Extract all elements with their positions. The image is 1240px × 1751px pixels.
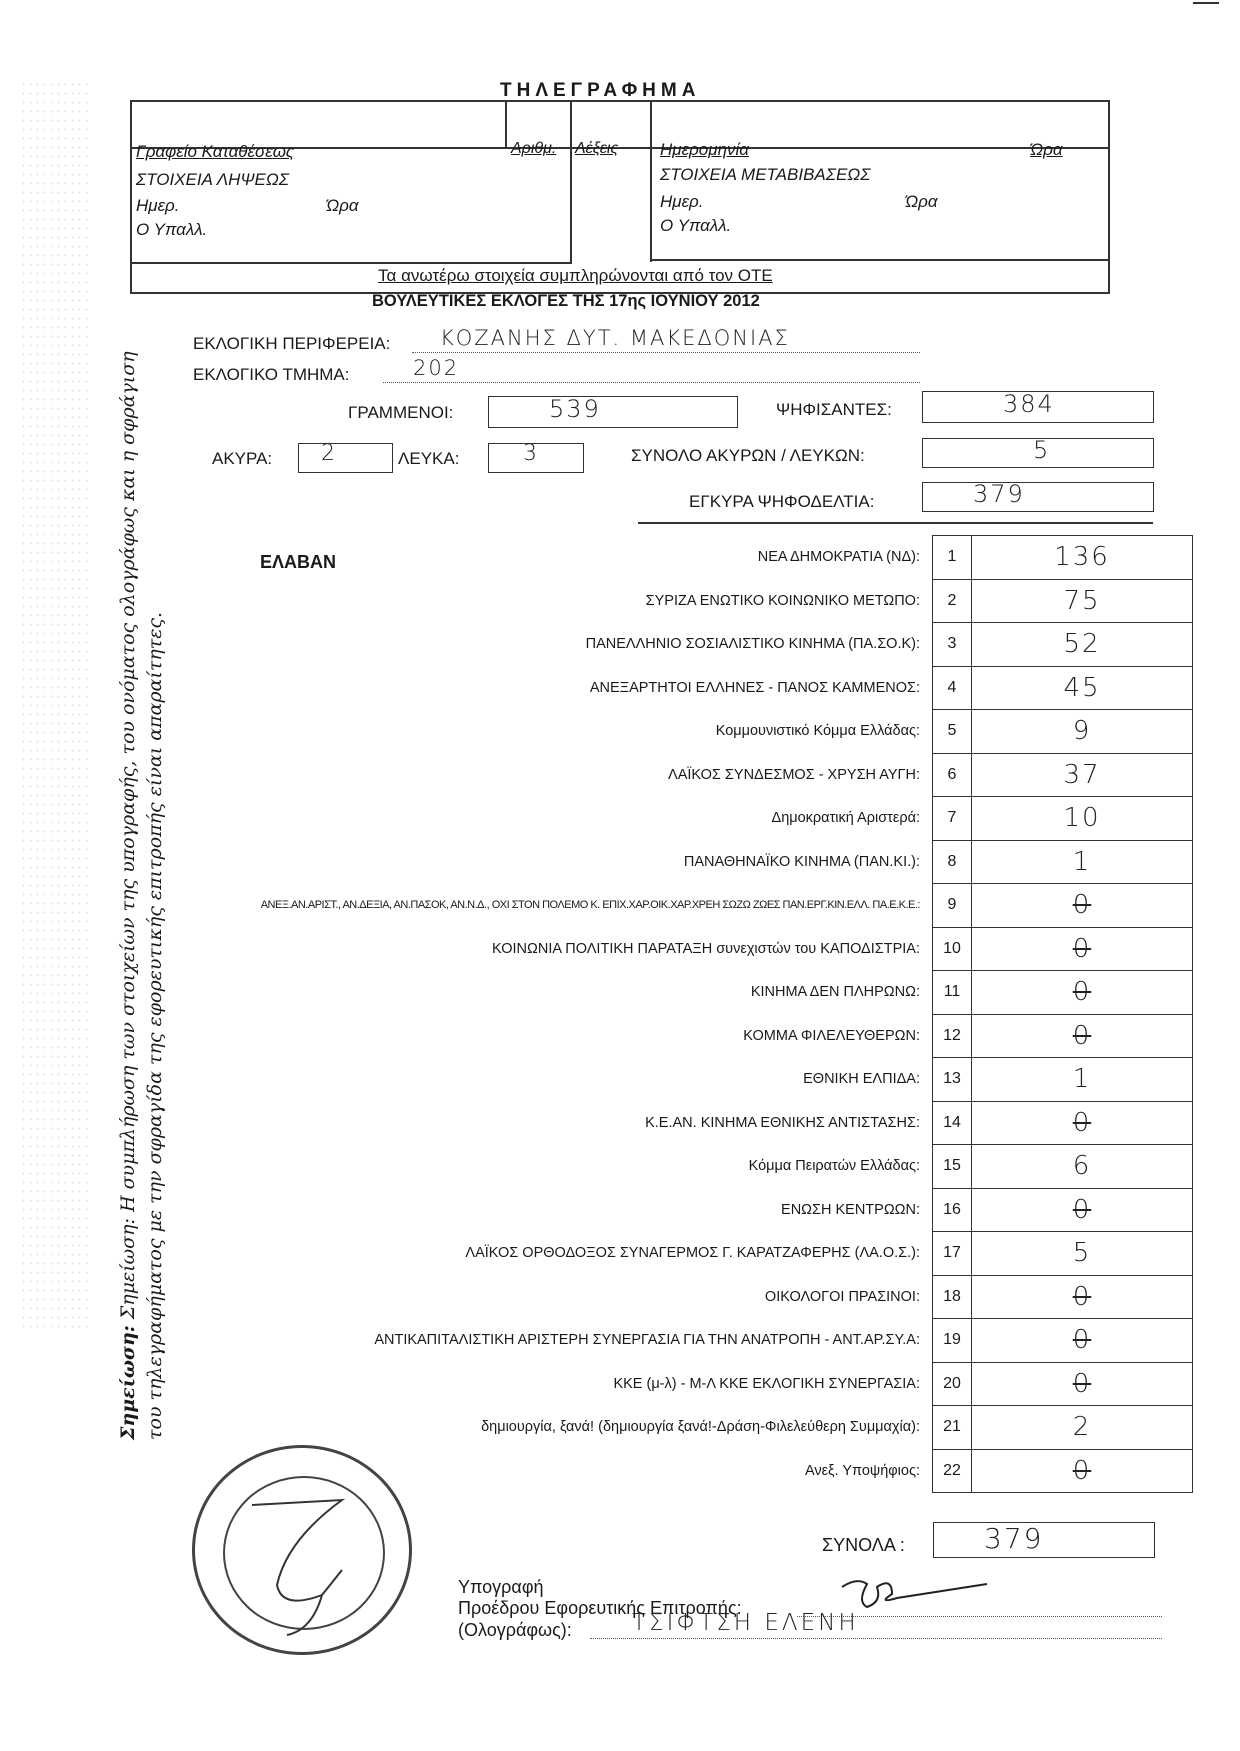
table-row: ΚΙΝΗΜΑ ΔΕΝ ΠΛΗΡΩΝΩ:110 — [240, 971, 1193, 1015]
party-votes-field[interactable]: 10 — [972, 797, 1193, 841]
party-number: 8 — [933, 840, 972, 884]
table-row: ΚΚΕ (μ-λ) - Μ-Λ ΚΚΕ ΕΚΛΟΓΙΚΗ ΣΥΝΕΡΓΑΣΙΑ:… — [240, 1362, 1193, 1406]
signature-scribble-icon — [837, 1572, 1007, 1612]
table-row: δημιουργία, ξανά! (δημιουργία ξανά!-Δράσ… — [240, 1406, 1193, 1450]
side-note-line2: του τηλεγραφήματος με την σφραγίδα της ε… — [142, 520, 169, 1440]
table-row: ΛΑΪΚΟΣ ΣΥΝΔΕΣΜΟΣ - ΧΡΥΣΗ ΑΥΓΗ:637 — [240, 753, 1193, 797]
table-row: Κόμμα Πειρατών Ελλάδας:156 — [240, 1145, 1193, 1189]
district-label: ΕΚΛΟΓΙΚΗ ΠΕΡΙΦΕΡΕΙΑ: — [193, 334, 390, 354]
party-number: 20 — [933, 1362, 972, 1406]
party-number: 1 — [933, 536, 972, 580]
table-row: ΠΑΝΑΘΗΝΑΪΚΟ ΚΙΝΗΜΑ (ΠΑΝ.ΚΙ.):81 — [240, 840, 1193, 884]
party-number: 9 — [933, 884, 972, 928]
party-votes-field[interactable]: 1 — [972, 840, 1193, 884]
table-row: ΑΝΕΞΑΡΤΗΤΟΙ ΕΛΛΗΝΕΣ - ΠΑΝΟΣ ΚΑΜΜΕΝΟΣ:445 — [240, 666, 1193, 710]
party-votes-field[interactable]: 5 — [972, 1232, 1193, 1276]
party-number: 13 — [933, 1058, 972, 1102]
section-label: ΕΚΛΟΓΙΚΟ ΤΜΗΜΑ: — [193, 365, 350, 385]
party-votes-field[interactable]: 0 — [972, 1449, 1193, 1493]
party-results-table: ΝΕΑ ΔΗΜΟΚΡΑΤΙΑ (ΝΔ):1136ΣΥΡΙΖΑ ΕΝΩΤΙΚΟ Κ… — [240, 535, 1193, 1493]
time-label: Ώρα — [1030, 140, 1063, 160]
table-row: ΛΑΪΚΟΣ ΟΡΘΟΔΟΞΟΣ ΣΥΝΑΓΕΡΜΟΣ Γ. ΚΑΡΑΤΖΑΦΕ… — [240, 1232, 1193, 1276]
scan-noise — [20, 80, 90, 1330]
party-number: 7 — [933, 797, 972, 841]
reception-time-label: Ώρα — [326, 196, 359, 216]
party-number: 6 — [933, 753, 972, 797]
invalid-field[interactable]: 2 — [298, 443, 393, 473]
valid-value: 379 — [973, 480, 1025, 508]
scan-mark — [1193, 2, 1219, 4]
date-label: Ημερομηνία — [660, 140, 749, 160]
district-field[interactable]: ΚΟΖΑΝΗΣ ΔΥΤ. ΜΑΚΕΔΟΝΙΑΣ — [412, 332, 920, 353]
party-name: ΕΝΩΣΗ ΚΕΝΤΡΩΩΝ: — [240, 1188, 933, 1232]
party-name: ΚΙΝΗΜΑ ΔΕΝ ΠΛΗΡΩΝΩ: — [240, 971, 933, 1015]
section-value: 202 — [413, 356, 459, 380]
party-number: 2 — [933, 579, 972, 623]
party-votes-field[interactable]: 75 — [972, 579, 1193, 623]
reception-title: ΣΤΟΙΧΕΙΑ ΛΗΨΕΩΣ — [136, 170, 289, 190]
party-votes-field[interactable]: 0 — [972, 1275, 1193, 1319]
party-votes-field[interactable]: 0 — [972, 1101, 1193, 1145]
party-name: ΝΕΑ ΔΗΜΟΚΡΑΤΙΑ (ΝΔ): — [240, 536, 933, 580]
party-number: 11 — [933, 971, 972, 1015]
voted-label: ΨΗΦΙΣΑΝΤΕΣ: — [776, 400, 892, 420]
fullname-field[interactable]: ΤΣΙΦΤΣΗ ΕΛΕΝΗ — [590, 1622, 1162, 1639]
side-note-line1: Σημείωση: Η συμπλήρωση των στοιχείων της… — [117, 351, 139, 1319]
party-number: 19 — [933, 1319, 972, 1363]
party-votes-field[interactable]: 0 — [972, 1319, 1193, 1363]
voted-field[interactable]: 384 — [922, 391, 1154, 423]
transmission-clerk-label: Ο Υπαλλ. — [660, 216, 731, 236]
table-row: ΚΟΜΜΑ ΦΙΛΕΛΕΥΘΕΡΩΝ:120 — [240, 1014, 1193, 1058]
party-votes-field[interactable]: 52 — [972, 623, 1193, 667]
table-row: ΕΝΩΣΗ ΚΕΝΤΡΩΩΝ:160 — [240, 1188, 1193, 1232]
blank-label: ΛΕΥΚΑ: — [398, 449, 459, 469]
party-votes-field[interactable]: 1 — [972, 1058, 1193, 1102]
side-note: Σημείωση: Σημείωση: Η συμπλήρωση των στο… — [115, 520, 169, 1440]
party-name: ΑΝΤΙΚΑΠΙΤΑΛΙΣΤΙΚΗ ΑΡΙΣΤΕΡΗ ΣΥΝΕΡΓΑΣΙΑ ΓΙ… — [240, 1319, 933, 1363]
table-row: Κομμουνιστικό Κόμμα Ελλάδας:59 — [240, 710, 1193, 754]
office-label: Γραφείο Καταθέσεως — [136, 142, 294, 162]
party-name: ΠΑΝΑΘΗΝΑΪΚΟ ΚΙΝΗΜΑ (ΠΑΝ.ΚΙ.): — [240, 840, 933, 884]
party-number: 16 — [933, 1188, 972, 1232]
party-name: Κόμμα Πειρατών Ελλάδας: — [240, 1145, 933, 1189]
table-row: ΣΥΡΙΖΑ ΕΝΩΤΙΚΟ ΚΟΙΝΩΝΙΚΟ ΜΕΤΩΠΟ:275 — [240, 579, 1193, 623]
party-name: ΑΝΕΞΑΡΤΗΤΟΙ ΕΛΛΗΝΕΣ - ΠΑΝΟΣ ΚΑΜΜΕΝΟΣ: — [240, 666, 933, 710]
signature-line1: Υπογραφή — [458, 1577, 544, 1598]
table-row: ΝΕΑ ΔΗΜΟΚΡΑΤΙΑ (ΝΔ):1136 — [240, 536, 1193, 580]
party-votes-field[interactable]: 0 — [972, 884, 1193, 928]
valid-field[interactable]: 379 — [922, 482, 1154, 512]
invalid-blank-total-label: ΣΥΝΟΛΟ ΑΚΥΡΩΝ / ΛΕΥΚΩΝ: — [631, 446, 865, 466]
divider — [505, 100, 507, 148]
party-name: δημιουργία, ξανά! (δημιουργία ξανά!-Δράσ… — [240, 1406, 933, 1450]
committee-stamp — [192, 1445, 412, 1655]
party-name: Δημοκρατική Αριστερά: — [240, 797, 933, 841]
party-name: ΠΑΝΕΛΛΗΝΙΟ ΣΟΣΙΑΛΙΣΤΙΚΟ ΚΙΝΗΜΑ (ΠΑ.ΣΟ.Κ)… — [240, 623, 933, 667]
party-name: ΑΝΕΞ.ΑΝ.ΑΡΙΣΤ., ΑΝ.ΔΕΞΙΑ, ΑΝ.ΠΑΣΟΚ, ΑΝ.Ν… — [240, 884, 933, 928]
number-label: Αριθμ. — [511, 140, 556, 158]
reception-date-label: Ημερ. — [136, 196, 180, 216]
party-number: 18 — [933, 1275, 972, 1319]
table-row: ΕΘΝΙΚΗ ΕΛΠΙΔΑ:131 — [240, 1058, 1193, 1102]
party-number: 4 — [933, 666, 972, 710]
party-name: ΛΑΪΚΟΣ ΟΡΘΟΔΟΞΟΣ ΣΥΝΑΓΕΡΜΟΣ Γ. ΚΑΡΑΤΖΑΦΕ… — [240, 1232, 933, 1276]
registered-field[interactable]: 539 — [488, 396, 738, 428]
party-votes-field[interactable]: 2 — [972, 1406, 1193, 1450]
stamp-signature-icon — [192, 1445, 412, 1655]
party-number: 10 — [933, 927, 972, 971]
telegram-header-box — [130, 100, 1110, 294]
invalid-value: 2 — [321, 441, 337, 466]
divider — [650, 259, 1110, 261]
invalid-blank-total-value: 5 — [1033, 436, 1050, 464]
party-number: 14 — [933, 1101, 972, 1145]
table-row: ΑΝΕΞ.ΑΝ.ΑΡΙΣΤ., ΑΝ.ΔΕΞΙΑ, ΑΝ.ΠΑΣΟΚ, ΑΝ.Ν… — [240, 884, 1193, 928]
party-name: ΟΙΚΟΛΟΓΟΙ ΠΡΑΣΙΝΟΙ: — [240, 1275, 933, 1319]
divider — [638, 522, 1153, 524]
party-number: 12 — [933, 1014, 972, 1058]
invalid-label: ΑΚΥΡΑ: — [212, 449, 272, 469]
table-row: Δημοκρατική Αριστερά:710 — [240, 797, 1193, 841]
voted-value: 384 — [1003, 390, 1055, 418]
blank-field[interactable]: 3 — [488, 443, 584, 473]
election-title: ΒΟΥΛΕΥΤΙΚΕΣ ΕΚΛΟΓΕΣ ΤΗΣ 17ης ΙΟΥΝΙΟΥ 201… — [372, 292, 760, 311]
party-number: 17 — [933, 1232, 972, 1276]
transmission-time-label: Ώρα — [905, 192, 938, 212]
fullname-label: (Ολογράφως): — [458, 1620, 572, 1641]
transmission-title: ΣΤΟΙΧΕΙΑ ΜΕΤΑΒΙΒΑΣΕΩΣ — [660, 165, 870, 185]
party-votes-field[interactable]: 0 — [972, 1188, 1193, 1232]
party-votes-field[interactable]: 37 — [972, 753, 1193, 797]
totals-field[interactable]: 379 — [933, 1522, 1155, 1558]
divider — [650, 100, 652, 262]
reception-clerk-label: Ο Υπαλλ. — [136, 220, 207, 240]
party-number: 22 — [933, 1449, 972, 1493]
party-name: ΛΑΪΚΟΣ ΣΥΝΔΕΣΜΟΣ - ΧΡΥΣΗ ΑΥΓΗ: — [240, 753, 933, 797]
party-votes-field[interactable]: 0 — [972, 927, 1193, 971]
table-row: ΚΟΙΝΩΝΙΑ ΠΟΛΙΤΙΚΗ ΠΑΡΑΤΑΞΗ συνεχιστών το… — [240, 927, 1193, 971]
party-number: 5 — [933, 710, 972, 754]
words-label: Λέξεις — [575, 140, 618, 158]
table-row: Κ.Ε.ΑΝ. ΚΙΝΗΜΑ ΕΘΝΙΚΗΣ ΑΝΤΙΣΤΑΣΗΣ:140 — [240, 1101, 1193, 1145]
table-row: ΟΙΚΟΛΟΓΟΙ ΠΡΑΣΙΝΟΙ:180 — [240, 1275, 1193, 1319]
invalid-blank-total-field[interactable]: 5 — [922, 438, 1154, 468]
party-name: ΣΥΡΙΖΑ ΕΝΩΤΙΚΟ ΚΟΙΝΩΝΙΚΟ ΜΕΤΩΠΟ: — [240, 579, 933, 623]
party-number: 15 — [933, 1145, 972, 1189]
totals-label: ΣΥΝΟΛΑ : — [822, 1535, 905, 1556]
district-value: ΚΟΖΑΝΗΣ ΔΥΤ. ΜΑΚΕΔΟΝΙΑΣ — [440, 326, 790, 350]
totals-value: 379 — [984, 1522, 1043, 1555]
party-name: ΚΟΜΜΑ ΦΙΛΕΛΕΥΘΕΡΩΝ: — [240, 1014, 933, 1058]
party-name: ΚΟΙΝΩΝΙΑ ΠΟΛΙΤΙΚΗ ΠΑΡΑΤΑΞΗ συνεχιστών το… — [240, 927, 933, 971]
party-name: ΕΘΝΙΚΗ ΕΛΠΙΔΑ: — [240, 1058, 933, 1102]
party-votes-field[interactable]: 6 — [972, 1145, 1193, 1189]
valid-label: ΕΓΚΥΡΑ ΨΗΦΟΔΕΛΤΙΑ: — [689, 492, 874, 512]
blank-value: 3 — [523, 441, 539, 466]
party-number: 21 — [933, 1406, 972, 1450]
party-votes-field[interactable]: 0 — [972, 971, 1193, 1015]
party-votes-field[interactable]: 45 — [972, 666, 1193, 710]
party-name: Κομμουνιστικό Κόμμα Ελλάδας: — [240, 710, 933, 754]
section-field[interactable]: 202 — [383, 362, 920, 383]
transmission-date-label: Ημερ. — [660, 192, 704, 212]
document-title: ΤΗΛΕΓΡΑΦΗΜΑ — [500, 80, 700, 102]
party-name: Κ.Ε.ΑΝ. ΚΙΝΗΜΑ ΕΘΝΙΚΗΣ ΑΝΤΙΣΤΑΣΗΣ: — [240, 1101, 933, 1145]
registered-value: 539 — [549, 395, 601, 423]
table-row: ΑΝΤΙΚΑΠΙΤΑΛΙΣΤΙΚΗ ΑΡΙΣΤΕΡΗ ΣΥΝΕΡΓΑΣΙΑ ΓΙ… — [240, 1319, 1193, 1363]
ote-note: Τα ανωτέρω στοιχεία συμπληρώνονται από τ… — [378, 266, 773, 286]
table-row: ΠΑΝΕΛΛΗΝΙΟ ΣΟΣΙΑΛΙΣΤΙΚΟ ΚΙΝΗΜΑ (ΠΑ.ΣΟ.Κ)… — [240, 623, 1193, 667]
party-votes-field[interactable]: 0 — [972, 1362, 1193, 1406]
party-votes-field[interactable]: 9 — [972, 710, 1193, 754]
divider — [130, 262, 572, 264]
fullname-value: ΤΣΙΦΤΣΗ ΕΛΕΝΗ — [632, 1610, 859, 1636]
party-number: 3 — [933, 623, 972, 667]
registered-label: ΓΡΑΜΜΕΝΟΙ: — [348, 403, 453, 423]
party-votes-field[interactable]: 136 — [972, 536, 1193, 580]
divider — [570, 100, 572, 262]
party-votes-field[interactable]: 0 — [972, 1014, 1193, 1058]
party-name: ΚΚΕ (μ-λ) - Μ-Λ ΚΚΕ ΕΚΛΟΓΙΚΗ ΣΥΝΕΡΓΑΣΙΑ: — [240, 1362, 933, 1406]
